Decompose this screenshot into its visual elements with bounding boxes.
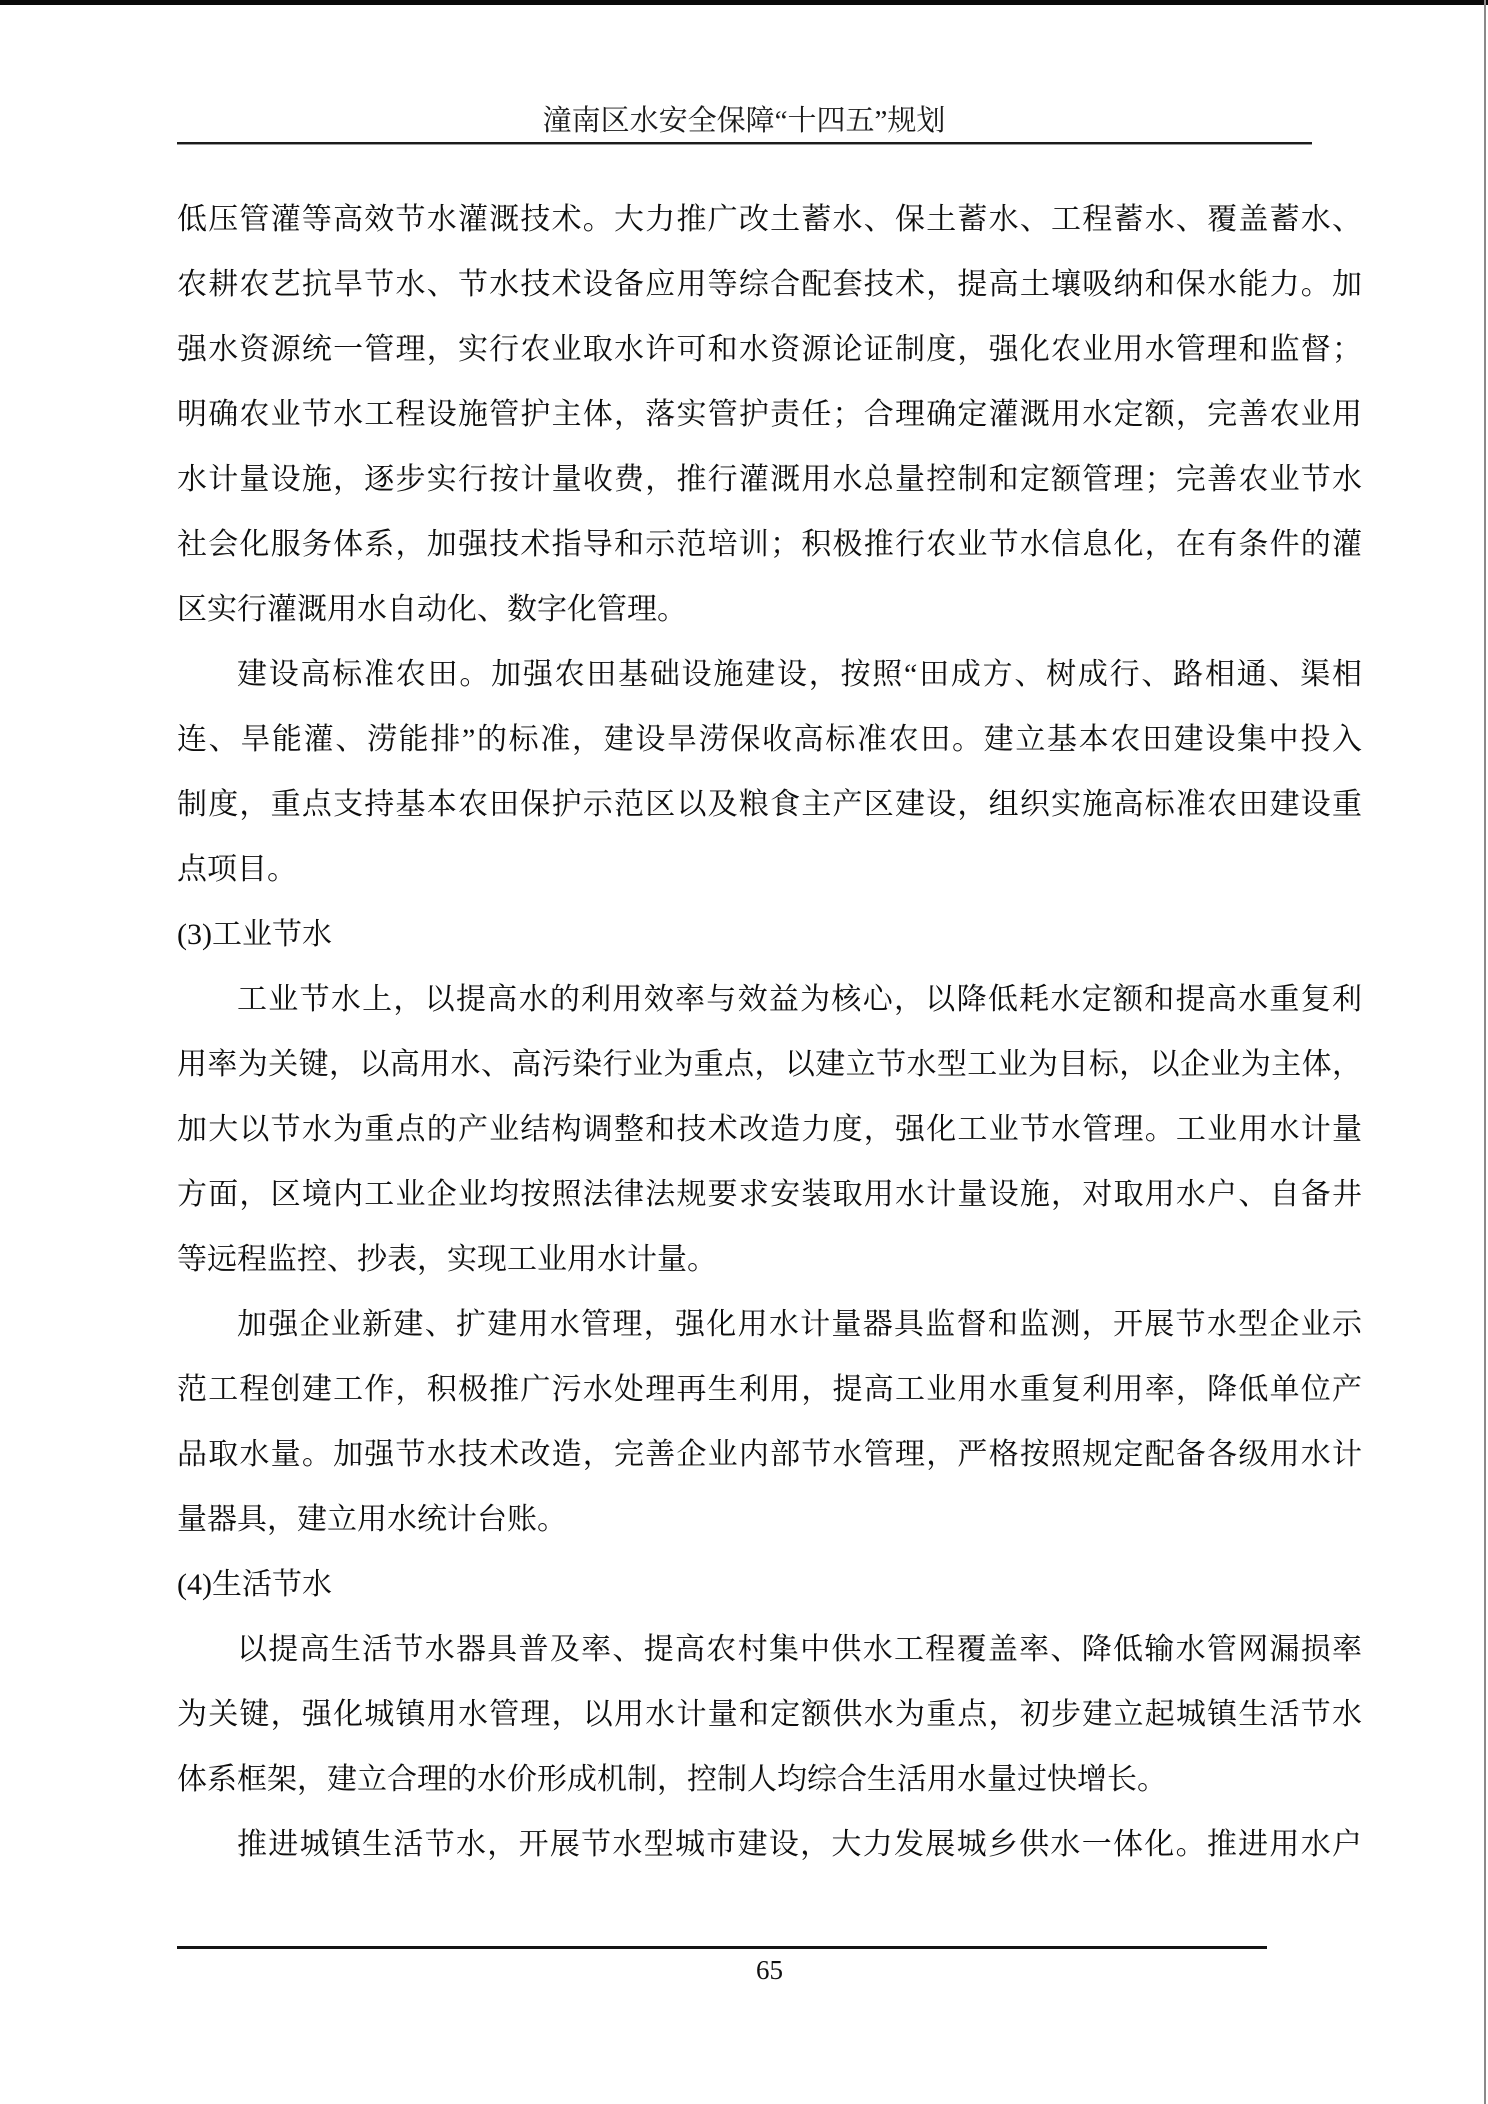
footer-rule <box>177 1946 1267 1949</box>
document-page: { "colors": { "page_background": "#fffff… <box>0 0 1488 2104</box>
text-line: 为关键，强化城镇用水管理，以用水计量和定额供水为重点，初步建立起城镇生活节水 <box>177 1682 1362 1747</box>
header-rule <box>177 142 1312 145</box>
text-line: 区实行灌溉用水自动化、数字化管理。 <box>177 577 1362 642</box>
text-line: 农耕农艺抗旱节水、节水技术设备应用等综合配套技术，提高土壤吸纳和保水能力。加 <box>177 252 1362 317</box>
scan-edge-artifact <box>1484 0 1486 2104</box>
text-line: 推进城镇生活节水，开展节水型城市建设，大力发展城乡供水一体化。推进用水户 <box>177 1812 1362 1877</box>
text-line: 用率为关键，以高用水、高污染行业为重点，以建立节水型工业为目标，以企业为主体， <box>177 1032 1362 1097</box>
text-line: 范工程创建工作，积极推广污水处理再生利用，提高工业用水重复利用率，降低单位产 <box>177 1357 1362 1422</box>
text-line: 连、旱能灌、涝能排”的标准，建设旱涝保收高标准农田。建立基本农田建设集中投入 <box>177 707 1362 772</box>
scan-top-bar <box>0 0 1488 5</box>
text-line: 方面，区境内工业企业均按照法律法规要求安装取用水计量设施，对取用水户、自备井 <box>177 1162 1362 1227</box>
text-line: 体系框架，建立合理的水价形成机制，控制人均综合生活用水量过快增长。 <box>177 1747 1362 1812</box>
text-line: 水计量设施，逐步实行按计量收费，推行灌溉用水总量控制和定额管理；完善农业节水 <box>177 447 1362 512</box>
text-line: 加大以节水为重点的产业结构调整和技术改造力度，强化工业节水管理。工业用水计量 <box>177 1097 1362 1162</box>
text-line: 品取水量。加强节水技术改造，完善企业内部节水管理，严格按照规定配备各级用水计 <box>177 1422 1362 1487</box>
page-header-title: 潼南区水安全保障“十四五”规划 <box>0 98 1488 144</box>
footer-page-number: 65 <box>177 1950 1362 1990</box>
text-line: 低压管灌等高效节水灌溉技术。大力推广改土蓄水、保土蓄水、工程蓄水、覆盖蓄水、 <box>177 187 1362 252</box>
text-line: 强水资源统一管理，实行农业取水许可和水资源论证制度，强化农业用水管理和监督； <box>177 317 1362 382</box>
text-line: 建设高标准农田。加强农田基础设施建设，按照“田成方、树成行、路相通、渠相 <box>177 642 1362 707</box>
text-line: 社会化服务体系，加强技术指导和示范培训；积极推行农业节水信息化，在有条件的灌 <box>177 512 1362 577</box>
text-line: 制度，重点支持基本农田保护示范区以及粮食主产区建设，组织实施高标准农田建设重 <box>177 772 1362 837</box>
section-heading: (4)生活节水 <box>177 1552 1362 1617</box>
text-line: 以提高生活节水器具普及率、提高农村集中供水工程覆盖率、降低输水管网漏损率 <box>177 1617 1362 1682</box>
text-line: 等远程监控、抄表，实现工业用水计量。 <box>177 1227 1362 1292</box>
document-body: 低压管灌等高效节水灌溉技术。大力推广改土蓄水、保土蓄水、工程蓄水、覆盖蓄水、农耕… <box>177 187 1362 1877</box>
text-line: 明确农业节水工程设施管护主体，落实管护责任；合理确定灌溉用水定额，完善农业用 <box>177 382 1362 447</box>
section-heading: (3)工业节水 <box>177 902 1362 967</box>
text-line: 点项目。 <box>177 837 1362 902</box>
text-line: 量器具，建立用水统计台账。 <box>177 1487 1362 1552</box>
text-line: 工业节水上，以提高水的利用效率与效益为核心，以降低耗水定额和提高水重复利 <box>177 967 1362 1032</box>
text-line: 加强企业新建、扩建用水管理，强化用水计量器具监督和监测，开展节水型企业示 <box>177 1292 1362 1357</box>
